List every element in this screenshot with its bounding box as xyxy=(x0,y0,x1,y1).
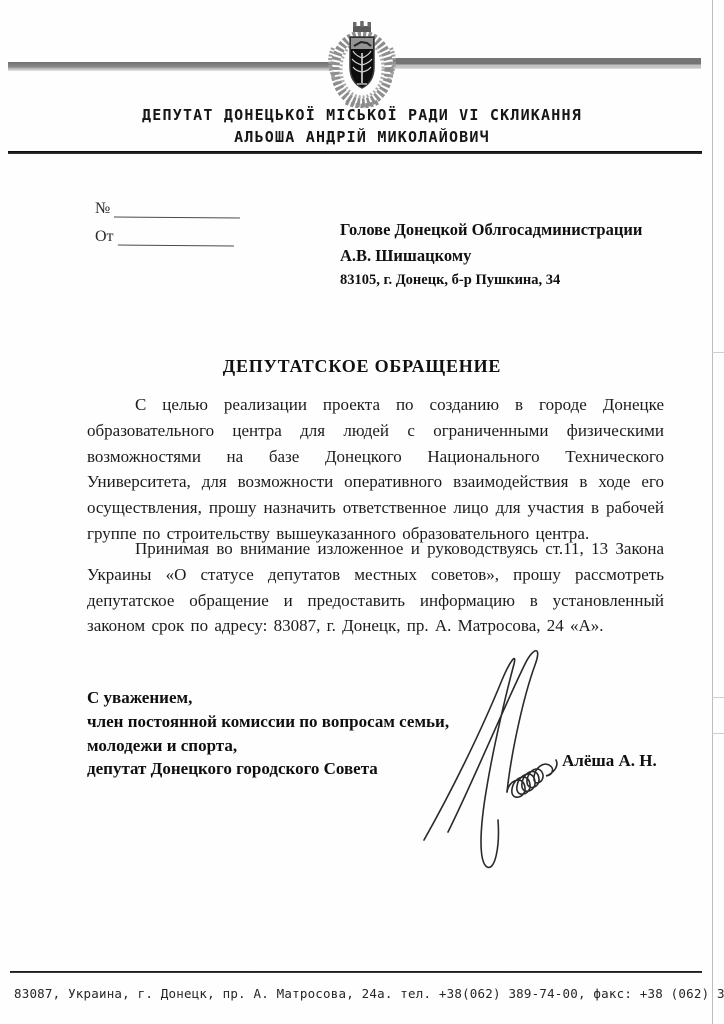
footer-divider xyxy=(10,971,702,973)
reference-from-row: От xyxy=(95,228,234,246)
addressee-address: 83105, г. Донецк, б-р Пушкина, 34 xyxy=(340,268,680,292)
scan-artifact-tick xyxy=(712,697,724,698)
number-blank-line xyxy=(114,200,240,219)
document-title: ДЕПУТАТСКОЕ ОБРАЩЕНИЕ xyxy=(0,356,724,377)
from-blank-line xyxy=(117,227,233,246)
closing-respect-line: С уважением, xyxy=(87,686,449,710)
closing-block: С уважением, член постоянной комиссии по… xyxy=(87,686,449,781)
signer-name: Алёша А. Н. xyxy=(562,751,657,771)
from-label: От xyxy=(95,228,114,246)
addressee-name: А.В. Шишацкому xyxy=(340,243,680,268)
coat-of-arms-icon xyxy=(324,20,400,108)
scan-artifact-tick xyxy=(712,352,724,353)
scan-artifact-tick xyxy=(712,733,724,734)
closing-commission-line-2: молодежи и спорта, xyxy=(87,734,449,758)
header-divider xyxy=(8,151,702,154)
closing-commission-line: член постоянной комиссии по вопросам сем… xyxy=(87,710,449,734)
header-band-right xyxy=(393,58,701,69)
header-deputy-name: АЛЬОША АНДРІЙ МИКОЛАЙОВИЧ xyxy=(0,128,724,146)
scan-artifact-line xyxy=(712,0,713,1024)
addressee-position: Голове Донецкой Облгосадминистрации xyxy=(340,217,680,243)
number-label: № xyxy=(95,200,110,218)
addressee-block: Голове Донецкой Облгосадминистрации А.В.… xyxy=(340,217,680,292)
header-council-line: ДЕПУТАТ ДОНЕЦЬКОЇ МІСЬКОЇ РАДИ VI СКЛИКА… xyxy=(0,106,724,124)
scanned-letter-page: { "header": { "emblem_icon": "donetsk-ci… xyxy=(0,0,724,1024)
header-band-left xyxy=(8,62,332,71)
footer-contact: 83087, Украина, г. Донецк, пр. А. Матрос… xyxy=(14,986,714,1001)
reference-number-row: № xyxy=(95,200,240,218)
closing-deputy-line: депутат Донецкого городского Совета xyxy=(87,757,449,781)
body-paragraph-1: С целью реализации проекта по созданию в… xyxy=(87,392,664,547)
body-paragraph-2: Принимая во внимание изложенное и руково… xyxy=(87,536,664,639)
